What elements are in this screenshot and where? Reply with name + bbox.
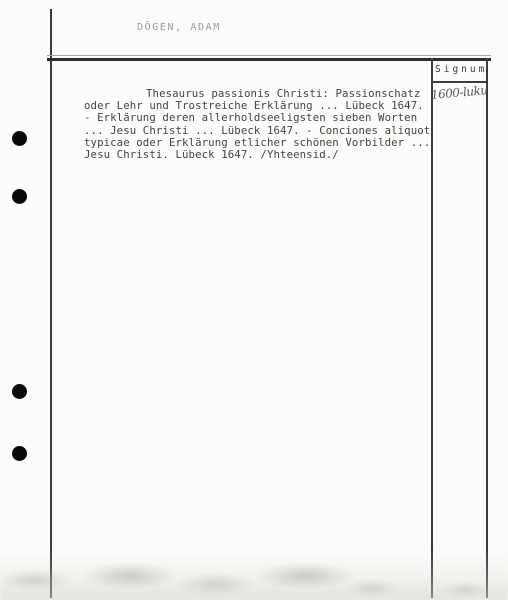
entry-line: - Erklärung deren allerholdseeligsten si…: [84, 112, 434, 124]
punch-hole-dot: [12, 131, 27, 146]
catalog-card-scan: DÖGEN, ADAM Signum 1600-luku Thesaurus p…: [0, 0, 508, 600]
signum-label: Signum: [432, 58, 487, 81]
punch-hole-dot: [12, 189, 27, 204]
entry-text: Thesaurus passionis Christi: Passionscha…: [84, 88, 434, 161]
author-heading: DÖGEN, ADAM: [137, 22, 221, 33]
top-rule-thin: [47, 55, 491, 56]
entry-line: Jesu Christi. Lübeck 1647. /Yhteensid./: [84, 149, 434, 161]
card-right-rule: [486, 58, 488, 598]
scan-artifact-band: [0, 548, 508, 600]
top-rule: [47, 58, 491, 61]
punch-hole-dot: [12, 384, 27, 399]
left-margin-rule: [50, 9, 52, 598]
punch-hole-dot: [12, 446, 27, 461]
entry-line: ... Jesu Christi ... Lübeck 1647. - Conc…: [84, 125, 434, 137]
signum-handwritten-value: 1600-luku: [430, 83, 489, 102]
